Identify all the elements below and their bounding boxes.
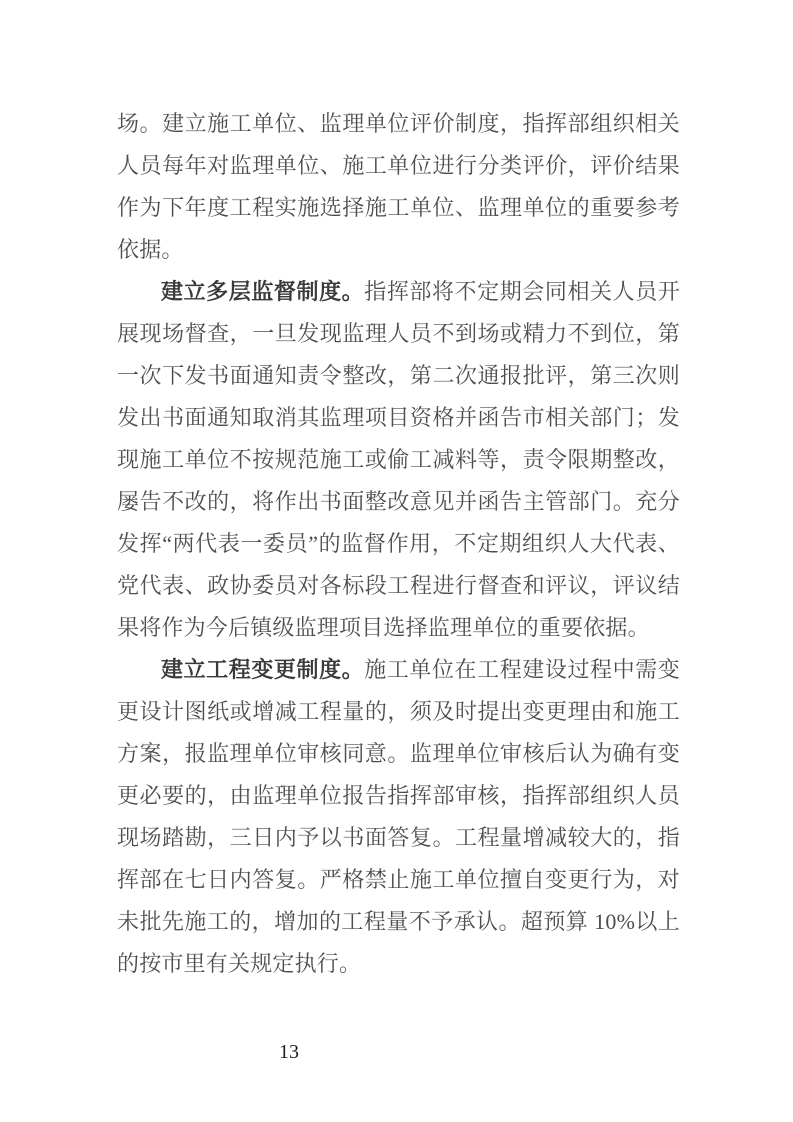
paragraph: 建立工程变更制度。施工单位在工程建设过程中需变更设计图纸或增减工程量的，须及时提… xyxy=(117,649,680,985)
paragraph: 建立多层监督制度。指挥部将不定期会同相关人员开展现场督查，一旦发现监理人员不到场… xyxy=(117,271,680,649)
paragraph: 场。建立施工单位、监理单位评价制度，指挥部组织相关人员每年对监理单位、施工单位进… xyxy=(117,103,680,271)
paragraph-text: 场。建立施工单位、监理单位评价制度，指挥部组织相关人员每年对监理单位、施工单位进… xyxy=(117,111,680,262)
paragraph-text: 指挥部将不定期会同相关人员开展现场督查，一旦发现监理人员不到场或精力不到位，第一… xyxy=(117,279,680,640)
paragraph-bold-lead: 建立多层监督制度。 xyxy=(161,279,364,304)
document-page: 场。建立施工单位、监理单位评价制度，指挥部组织相关人员每年对监理单位、施工单位进… xyxy=(0,0,793,1122)
document-body: 场。建立施工单位、监理单位评价制度，指挥部组织相关人员每年对监理单位、施工单位进… xyxy=(117,103,680,985)
page-number: 13 xyxy=(279,1040,299,1064)
paragraph-text: 施工单位在工程建设过程中需变更设计图纸或增减工程量的，须及时提出变更理由和施工方… xyxy=(117,657,680,976)
paragraph-bold-lead: 建立工程变更制度。 xyxy=(161,657,364,682)
